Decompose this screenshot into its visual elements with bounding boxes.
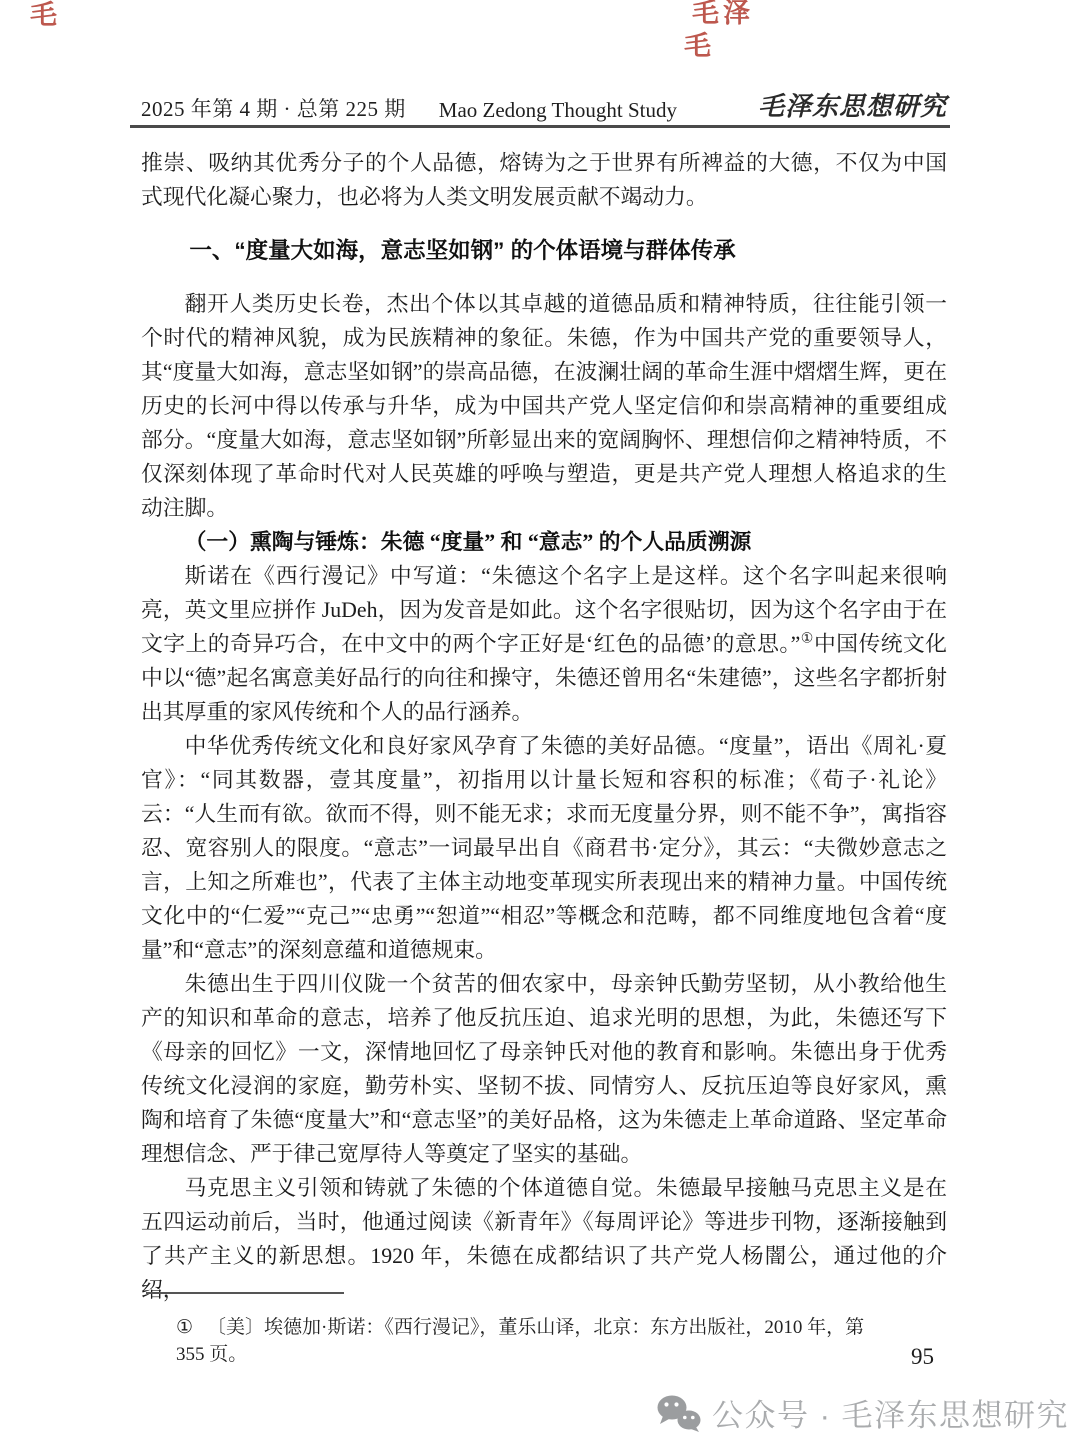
section-heading-1: 一、“度量大如海，意志坚如钢” 的个体语境与群体传承 <box>141 234 947 268</box>
paragraph-2: 斯诺在《西行漫记》中写道：“朱德这个名字上是这样。这个名字叫起来很响亮，英文里应… <box>141 559 947 729</box>
subsection-heading-1: （一）熏陶与锤炼：朱德 “度量” 和 “意志” 的个人品质溯源 <box>141 525 947 559</box>
article-body: 推崇、吸纳其优秀分子的个人品德，熔铸为之于世界有所裨益的大德，不仅为中国式现代化… <box>141 146 947 1307</box>
journal-title-english: Mao Zedong Thought Study <box>439 98 677 123</box>
wechat-icon <box>656 1394 702 1432</box>
footnote: ①〔美〕埃德加·斯诺：《西行漫记》，董乐山译，北京：东方出版社，2010 年，第… <box>176 1314 896 1368</box>
footnote-text: 〔美〕埃德加·斯诺：《西行漫记》，董乐山译，北京：东方出版社，2010 年，第 … <box>176 1317 864 1365</box>
paragraph-5: 马克思主义引领和铸就了朱德的个体道德自觉。朱德最早接触马克思主义是在五四运动前后… <box>141 1171 947 1307</box>
footnote-marker: ① <box>176 1317 193 1338</box>
red-stamp-fragment-3: 毛 <box>684 33 715 60</box>
page-header: 2025 年第 4 期 · 总第 225 期 Mao Zedong Though… <box>141 86 947 123</box>
footnote-divider <box>146 1292 344 1294</box>
paragraph-3: 中华优秀传统文化和良好家风孕育了朱德的美好品德。“度量”，语出《周礼·夏官》：“… <box>141 729 947 967</box>
red-stamp-fragment-2: 毛泽 <box>692 0 754 27</box>
watermark-text: 公众号 · 毛泽东思想研究 <box>712 1390 1069 1435</box>
journal-page: 毛 毛泽 毛 2025 年第 4 期 · 总第 225 期 Mao Zedong… <box>0 0 1080 1454</box>
page-number: 95 <box>911 1344 934 1370</box>
red-stamp-fragment-1: 毛 <box>30 2 61 29</box>
issue-info: 2025 年第 4 期 · 总第 225 期 <box>141 93 406 123</box>
paragraph-1: 翻开人类历史长卷，杰出个体以其卓越的道德品质和精神特质，往往能引领一个时代的精神… <box>141 287 947 525</box>
footnote-ref-1: ① <box>800 631 814 647</box>
header-rule <box>130 125 950 128</box>
paragraph-4: 朱德出生于四川仪陇一个贫苦的佃农家中，母亲钟氏勤劳坚韧，从小教给他生产的知识和革… <box>141 967 947 1171</box>
journal-logo-calligraphy: 毛泽东思想研究 <box>758 86 947 123</box>
watermark: 公众号 · 毛泽东思想研究 <box>656 1390 1069 1435</box>
paragraph-continuation: 推崇、吸纳其优秀分子的个人品德，熔铸为之于世界有所裨益的大德，不仅为中国式现代化… <box>141 146 947 214</box>
